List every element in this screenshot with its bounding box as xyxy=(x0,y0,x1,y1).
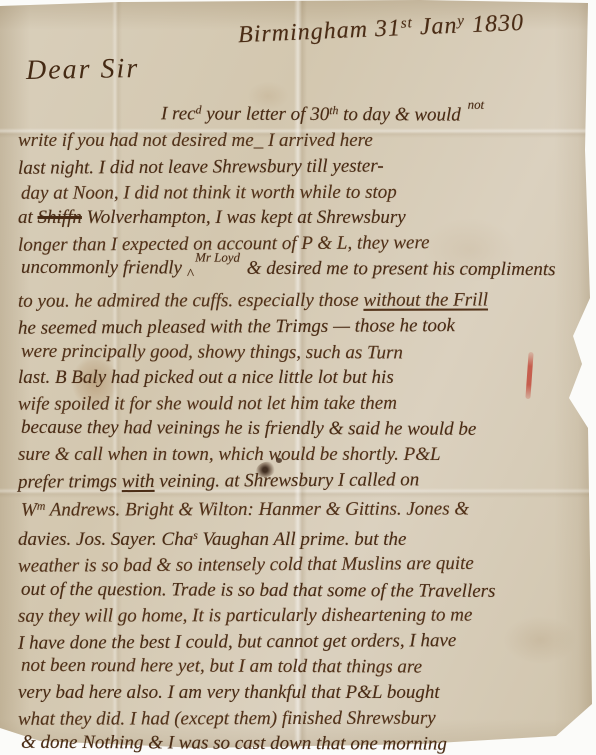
letter-line: he seemed much pleased with the Trimgs —… xyxy=(18,312,584,341)
letter-body: I recd your letter of 30th to day & woul… xyxy=(18,98,584,755)
text-segment: davies. Jos. Sayer. Cha xyxy=(18,528,193,549)
text-segment: veining. at Shrewsbury I called on xyxy=(154,469,419,492)
letter-line: longer than I expected on account of P &… xyxy=(18,229,584,258)
text-segment: Wolverhampton, I was kept at Shrewsbury xyxy=(82,207,406,228)
text-segment: not been round here yet, but I am told t… xyxy=(21,655,422,678)
letter-scan-page: { "document": { "heading": { "segments":… xyxy=(0,0,596,755)
text-segment: W xyxy=(21,500,37,521)
text-segment: ^ xyxy=(187,266,193,283)
letter-line: very bad here also. I am very thankful t… xyxy=(18,680,584,706)
text-segment: sure & call when in town, which would be… xyxy=(18,444,441,465)
letter-line: Wm Andrews. Bright & Wilton: Hanmer & Gi… xyxy=(21,492,584,523)
text-segment: last. B Baly had picked out a nice littl… xyxy=(18,367,394,388)
text-segment: to you. he admired the cuffs. especially… xyxy=(18,290,363,312)
letter-line: write if you had not desired me_ I arriv… xyxy=(18,128,584,154)
text-segment: were principally good, showy things, suc… xyxy=(21,340,403,363)
letter-line: wife spoiled it for she would not let hi… xyxy=(18,390,584,417)
text-segment: say they will go home, It is particularl… xyxy=(18,605,472,627)
letter-salutation: Dear Sir xyxy=(26,53,140,87)
letter-line: davies. Jos. Sayer. Chas Vaughan All pri… xyxy=(18,523,584,552)
text-segment: I have done the best I could, but cannot… xyxy=(18,630,456,654)
text-segment: to day & would xyxy=(338,104,465,126)
letter-line: prefer trimgs with veining. at Shrewsbur… xyxy=(18,466,584,495)
letter-line: because they had veinings he is friendly… xyxy=(21,415,584,443)
text-segment: I rec xyxy=(161,103,196,124)
text-segment: without the Frill xyxy=(363,290,488,311)
text-segment: with xyxy=(122,470,155,491)
text-segment: wife spoiled it for she would not let hi… xyxy=(18,392,397,414)
text-segment: & done Nothing & I was so cast down that… xyxy=(21,732,447,755)
text-segment: what they did. I had (except them) finis… xyxy=(18,707,436,729)
text-segment: Shiffn xyxy=(38,207,82,228)
text-segment: Vaughan All prime. but the xyxy=(198,528,407,549)
text-segment: st xyxy=(400,15,413,32)
letter-line: uncommonly friendly ^Mr Loyd & desired m… xyxy=(21,255,584,289)
letter-line: weather is so bad & so intensely cold th… xyxy=(18,550,584,579)
text-segment: at xyxy=(18,207,38,228)
text-segment: because they had veinings he is friendly… xyxy=(21,417,476,440)
text-segment: weather is so bad & so intensely cold th… xyxy=(18,553,474,577)
text-segment: Andrews. Bright & Wilton: Hanmer & Gitti… xyxy=(45,499,469,521)
letter-line: last night. I did not leave Shrewsbury t… xyxy=(18,152,584,181)
text-segment: last night. I did not leave Shrewsbury t… xyxy=(18,156,384,179)
text-segment: prefer trimgs xyxy=(18,471,122,493)
letter-line: at Shiffn Wolverhampton, I was kept at S… xyxy=(18,205,584,231)
letter-line: out of the question. Trade is so bad tha… xyxy=(21,576,584,604)
letter-line: day at Noon, I did not think it worth wh… xyxy=(21,179,584,206)
text-segment: Jan xyxy=(412,13,458,41)
letter-line: say they will go home, It is particularl… xyxy=(18,602,584,629)
text-segment: Mr Loyd xyxy=(195,245,240,271)
text-segment: he seemed much pleased with the Trimgs —… xyxy=(18,315,455,339)
letter-line: were principally good, showy things, suc… xyxy=(21,338,584,366)
text-segment: & desired me to present his compliments xyxy=(242,258,556,280)
letter-line: what they did. I had (except them) finis… xyxy=(18,705,584,732)
letter-line: I recd your letter of 30th to day & woul… xyxy=(21,97,584,130)
text-segment: out of the question. Trade is so bad tha… xyxy=(21,578,496,601)
text-segment: write if you had not desired me_ I arriv… xyxy=(18,130,373,151)
letter-line: to you. he admired the cuffs. especially… xyxy=(18,288,584,315)
letter-line: I have done the best I could, but cannot… xyxy=(18,627,584,656)
letter-line: & done Nothing & I was so cast down that… xyxy=(21,730,584,755)
letter-line: last. B Baly had picked out a nice littl… xyxy=(18,365,584,391)
text-segment: not xyxy=(468,92,485,118)
text-segment: day at Noon, I did not think it worth wh… xyxy=(21,181,397,203)
text-segment: uncommonly friendly xyxy=(21,257,187,279)
letter-line: sure & call when in town, which would be… xyxy=(18,442,584,468)
text-segment: your letter of 30 xyxy=(201,103,329,125)
text-segment: 1830 xyxy=(465,10,525,39)
text-segment: very bad here also. I am very thankful t… xyxy=(18,682,440,703)
letter-line: not been round here yet, but I am told t… xyxy=(21,653,584,681)
ink-dot xyxy=(276,458,282,463)
